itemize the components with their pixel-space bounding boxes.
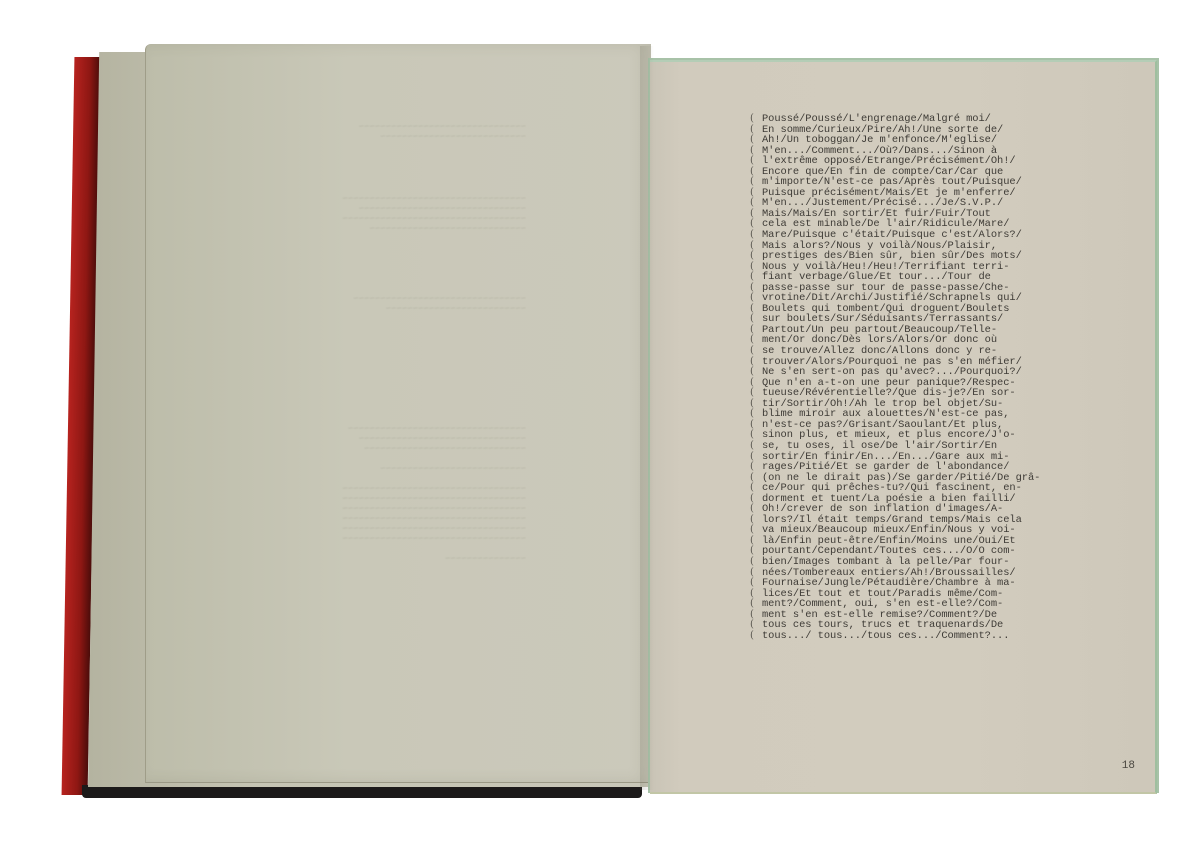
poem-text-block: (Poussé/Poussé/L'engrenage/Malgré moi/(E…: [750, 114, 1040, 641]
left-page: ~~~~~~~~~~~~~~~~~~~~~~~~~~~~~~~ ~~~~~~~~…: [145, 44, 651, 783]
gutter-shadow: [640, 46, 654, 790]
open-book: ~~~~~~~~~~~~~~~~~~~~~~~~~~~~~~~ ~~~~~~~~…: [0, 0, 1189, 862]
line-prefix-parenthesis: (: [750, 631, 762, 642]
show-through-text: ~~~~~~~~~~~~~~~~~~~~~~~~~~~~~~~~~~ ~~~~~…: [226, 194, 526, 234]
right-page: (Poussé/Poussé/L'engrenage/Malgré moi/(E…: [650, 60, 1157, 794]
line-text: tous.../ tous.../tous ces.../Comment?...: [762, 630, 1009, 642]
line-prefix-parenthesis: (: [750, 462, 762, 473]
line-prefix-parenthesis: (: [750, 114, 762, 125]
line-prefix-parenthesis: (: [750, 346, 762, 357]
line-prefix-parenthesis: (: [750, 557, 762, 568]
show-through-text: ~~~~~~~~~~~~~~~~~~~~~~~~~~~~~~~ ~~~~~~~~…: [226, 122, 526, 142]
page-number: 18: [1122, 760, 1135, 772]
line-prefix-parenthesis: (: [750, 441, 762, 452]
show-through-text: ~~~~~~~~~~~~~~~~~~~~~~~~~~~~~~~~ ~~~~~~~…: [226, 294, 526, 314]
show-through-text: ~~~~~~~~~~~~~~~~~~~~~~~~~~~~~~~~~ ~~~~~~…: [226, 424, 526, 564]
text-line: (tous.../ tous.../tous ces.../Comment?..…: [750, 631, 1040, 642]
line-prefix-parenthesis: (: [750, 230, 762, 241]
